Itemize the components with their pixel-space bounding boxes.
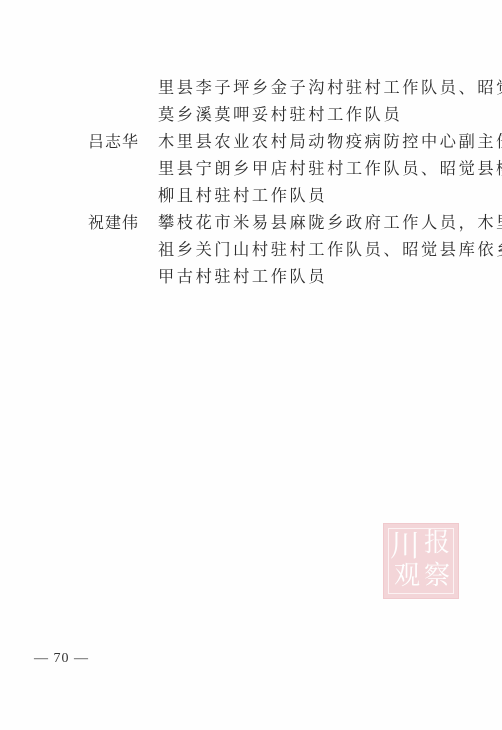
entry-description: 木里县农业农村局动物疫病防控中心副主任，木 里县宁朗乡甲店村驻村工作队员、昭觉县… bbox=[158, 128, 454, 209]
stamp-char: 察 bbox=[422, 562, 452, 590]
stamp-char: 观 bbox=[392, 562, 422, 590]
entry-description: 攀枝花市米易县麻陇乡政府工作人员，木里县芽 祖乡关门山村驻村工作队员、昭觉县库依… bbox=[158, 209, 454, 290]
description-line: 祖乡关门山村驻村工作队员、昭觉县库依乡以子 bbox=[158, 236, 454, 263]
entry-lv-zhihua: 吕志华 木里县农业农村局动物疫病防控中心副主任，木 里县宁朗乡甲店村驻村工作队员… bbox=[0, 128, 502, 209]
description-line: 里县宁朗乡甲店村驻村工作队员、昭觉县柳且乡 bbox=[158, 155, 454, 182]
document-page: 里县李子坪乡金子沟村驻村工作队员、昭觉县且 莫乡溪莫呷妥村驻村工作队员 吕志华 … bbox=[0, 0, 502, 730]
person-name: 祝建伟 bbox=[88, 209, 148, 236]
description-line: 里县李子坪乡金子沟村驻村工作队员、昭觉县且 bbox=[158, 74, 454, 101]
page-number: — 70 — bbox=[34, 651, 89, 667]
person-name: 吕志华 bbox=[88, 128, 148, 155]
continuation-entry: 里县李子坪乡金子沟村驻村工作队员、昭觉县且 莫乡溪莫呷妥村驻村工作队员 bbox=[0, 74, 502, 128]
personnel-list: 里县李子坪乡金子沟村驻村工作队员、昭觉县且 莫乡溪莫呷妥村驻村工作队员 吕志华 … bbox=[0, 74, 502, 290]
entry-zhu-jianwei: 祝建伟 攀枝花市米易县麻陇乡政府工作人员，木里县芽 祖乡关门山村驻村工作队员、昭… bbox=[0, 209, 502, 290]
description-line: 木里县农业农村局动物疫病防控中心副主任，木 bbox=[158, 128, 454, 155]
entry-description: 里县李子坪乡金子沟村驻村工作队员、昭觉县且 莫乡溪莫呷妥村驻村工作队员 bbox=[158, 74, 454, 128]
stamp-char: 川 bbox=[390, 533, 420, 561]
description-line: 甲古村驻村工作队员 bbox=[158, 263, 454, 290]
stamp-char: 报 bbox=[422, 529, 452, 557]
description-line: 柳且村驻村工作队员 bbox=[158, 182, 454, 209]
description-line: 莫乡溪莫呷妥村驻村工作队员 bbox=[158, 101, 454, 128]
watermark-stamp-icon: 川 报 观 察 bbox=[383, 523, 459, 599]
description-line: 攀枝花市米易县麻陇乡政府工作人员，木里县芽 bbox=[158, 209, 454, 236]
